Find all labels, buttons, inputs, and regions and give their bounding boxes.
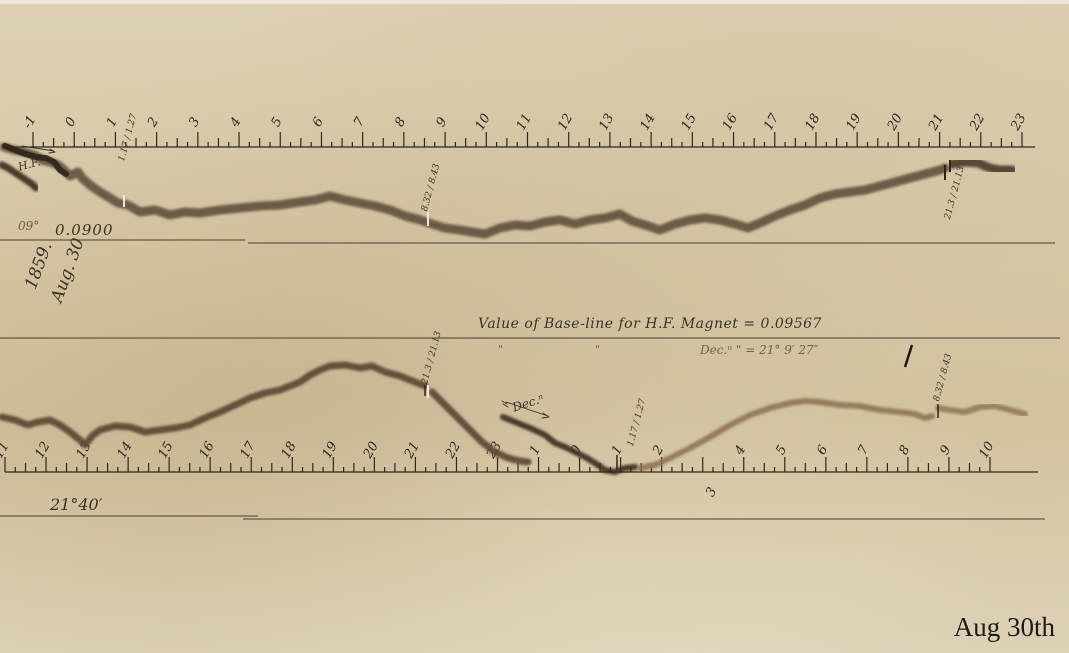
- hour-tick-label: 5: [269, 115, 286, 130]
- hour-tick-label: 1: [527, 443, 544, 458]
- hour-tick-label: 9: [937, 443, 954, 458]
- hour-tick-label: 19: [320, 439, 341, 461]
- upper-hf-trace: [2, 146, 1012, 234]
- hour-tick-label: 7: [351, 114, 368, 129]
- hour-tick-label: 2: [650, 443, 668, 459]
- upper-axis-labels: -101234567891011121314151617181920212223: [20, 111, 1029, 134]
- hour-tick-label: 10: [473, 111, 494, 133]
- ditto-mark-1: ": [498, 343, 503, 356]
- hour-tick-label: 19: [844, 111, 865, 133]
- lower-baseline: [0, 516, 1045, 519]
- hour-tick-label: 20: [360, 439, 382, 462]
- hour-tick-label: 8: [896, 443, 913, 458]
- lower-baseline-value: 21°40′: [50, 495, 102, 514]
- hour-tick-label: 10: [976, 439, 997, 461]
- hour-tick-label: 18: [279, 439, 300, 461]
- hour-tick-label: 4: [732, 443, 750, 459]
- hour-tick-label: 11: [514, 111, 535, 133]
- hour-tick-label: 22: [967, 111, 989, 134]
- page-caption: Aug 30th: [954, 612, 1055, 643]
- hour-tick-label: 12: [555, 111, 576, 133]
- upper-baseline-prefix: 09°: [18, 219, 39, 233]
- hour-tick-label: 17: [761, 111, 783, 133]
- lower-dec-trace: [2, 365, 1025, 472]
- ditto-mark-2: ": [595, 343, 600, 356]
- hour-tick-label: 11: [0, 439, 13, 461]
- lower-axis-labels: 111213141516171819202122231012345678910: [0, 439, 998, 500]
- hour-tick-label: 8: [392, 115, 409, 130]
- hour-tick-label: 7: [855, 442, 872, 457]
- hour-tick-label: 21: [925, 111, 947, 134]
- hour-tick-label: 6: [814, 443, 831, 458]
- upper-axis: [5, 132, 1035, 147]
- base-line-note: Value of Base-line for H.F. Magnet = 0.0…: [478, 316, 822, 332]
- upper-baseline: [0, 240, 1055, 243]
- hour-tick-label: 3: [703, 485, 720, 500]
- hour-tick-label: 23: [1008, 111, 1030, 134]
- hour-tick-label: 17: [238, 439, 260, 461]
- hour-tick-label: 1: [104, 115, 121, 130]
- hour-tick-label: 3: [186, 115, 203, 130]
- hour-tick-label: 16: [720, 111, 741, 133]
- hour-tick-label: 22: [442, 439, 464, 462]
- hour-tick-label: 20: [884, 111, 906, 134]
- hour-tick-label: 0: [63, 115, 80, 130]
- upper-baseline-value: 0.0900: [55, 221, 114, 239]
- hour-tick-label: 4: [227, 115, 245, 131]
- hour-tick-label: 15: [156, 439, 177, 461]
- hour-tick-label: 2: [145, 115, 163, 131]
- hour-tick-label: 18: [802, 111, 823, 133]
- hour-tick-label: -1: [20, 113, 39, 131]
- hour-tick-label: 21: [401, 439, 423, 462]
- hour-tick-label: 12: [32, 439, 53, 461]
- hour-tick-label: 13: [596, 111, 617, 133]
- hour-tick-label: 16: [197, 439, 218, 461]
- hour-tick-label: 15: [679, 111, 700, 133]
- hour-tick-label: 14: [637, 111, 658, 133]
- hour-tick-label: 5: [773, 443, 790, 458]
- pen-stroke-mark: [905, 345, 912, 367]
- hour-tick-label: 6: [310, 115, 327, 130]
- hour-tick-label: 14: [114, 439, 135, 461]
- dec-note: Dec.ⁿ " = 21° 9′ 27″: [700, 343, 818, 357]
- hour-tick-label: 9: [433, 115, 450, 130]
